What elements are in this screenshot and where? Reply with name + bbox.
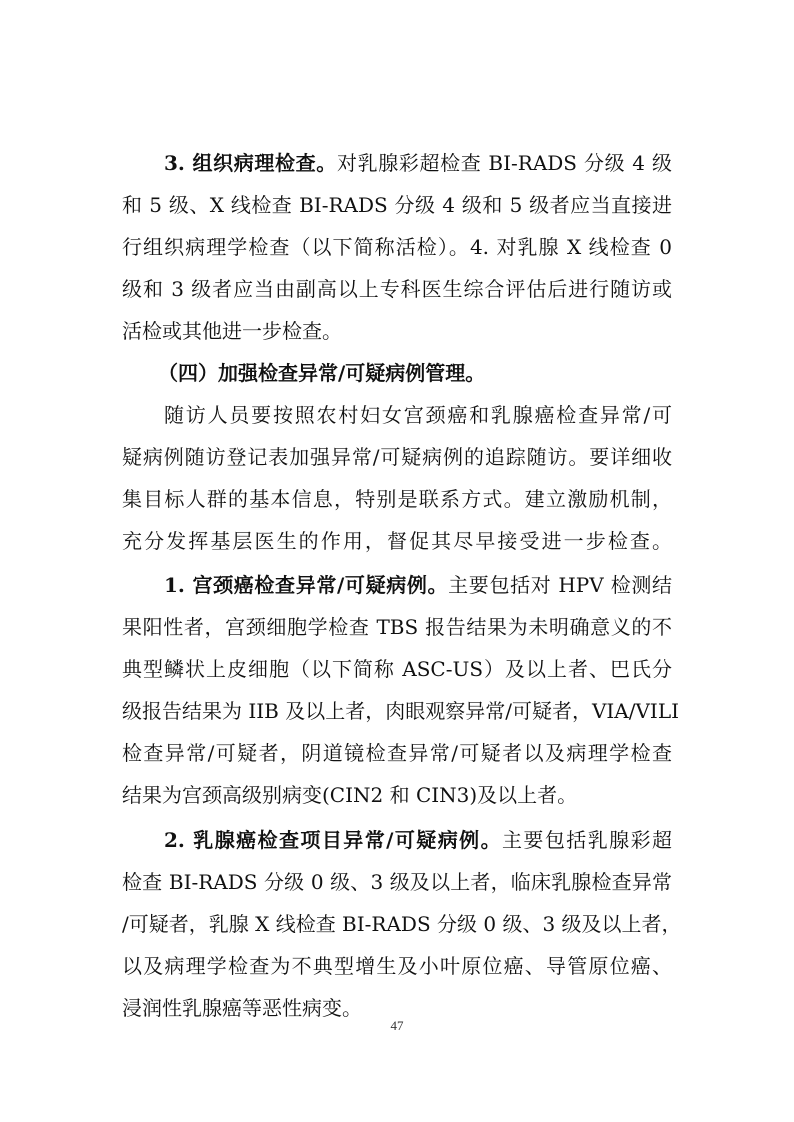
paragraph-line: /可疑者，乳腺 X 线检查 BI-RADS 分级 0 级、3 级及以上者， xyxy=(122,909,672,939)
paragraph-line: 集目标人群的基本信息，特别是联系方式。建立激励机制， xyxy=(122,484,672,514)
paragraph-line: 果阳性者，宫颈细胞学检查 TBS 报告结果为未明确意义的不 xyxy=(122,612,672,642)
paragraph-line: 充分发挥基层医生的作用，督促其尽早接受进一步检查。 xyxy=(122,526,672,556)
paragraph-line: 检查异常/可疑者，阴道镜检查异常/可疑者以及病理学检查 xyxy=(122,738,672,768)
paragraph-line: 结果为宫颈高级别病变(CIN2 和 CIN3)及以上者。 xyxy=(122,780,672,810)
paragraph-line: 级和 3 级者应当由副高以上专科医生综合评估后进行随访或 xyxy=(122,274,672,304)
paragraph-line: 2. 乳腺癌检查项目异常/可疑病例。主要包括乳腺彩超 xyxy=(164,825,672,855)
paragraph-line: 疑病例随访登记表加强异常/可疑病例的追踪随访。要详细收 xyxy=(122,442,672,472)
paragraph-line: 随访人员要按照农村妇女宫颈癌和乳腺癌检查异常/可 xyxy=(164,400,672,430)
document-page: 3. 组织病理检查。对乳腺彩超检查 BI-RADS 分级 4 级 和 5 级、X… xyxy=(0,0,794,1122)
paragraph-line: 典型鳞状上皮细胞（以下简称 ASC-US）及以上者、巴氏分 xyxy=(122,654,672,684)
paragraph-line: 1. 宫颈癌检查异常/可疑病例。主要包括对 HPV 检测结 xyxy=(164,570,672,600)
paragraph-line: 检查 BI-RADS 分级 0 级、3 级及以上者，临床乳腺检查异常 xyxy=(122,867,672,897)
paragraph-line: 行组织病理学检查（以下简称活检）。4. 对乳腺 X 线检查 0 xyxy=(122,232,672,262)
paragraph-line: 活检或其他进一步检查。 xyxy=(122,316,672,346)
bold-lead: 1. 宫颈癌检查异常/可疑病例。 xyxy=(164,573,448,597)
bold-lead: 3. 组织病理检查。 xyxy=(164,151,337,175)
paragraph-line: 和 5 级、X 线检查 BI-RADS 分级 4 级和 5 级者应当直接进 xyxy=(122,190,672,220)
paragraph-line: 以及病理学检查为不典型增生及小叶原位癌、导管原位癌、 xyxy=(122,951,672,981)
section-heading: （四）加强检查异常/可疑病例管理。 xyxy=(158,358,666,388)
paragraph-line: 级报告结果为 IIB 及以上者，肉眼观察异常/可疑者，VIA/VILI xyxy=(122,696,672,726)
bold-lead: 2. 乳腺癌检查项目异常/可疑病例。 xyxy=(164,828,502,852)
page-number: 47 xyxy=(0,1018,794,1034)
paragraph-line: 3. 组织病理检查。对乳腺彩超检查 BI-RADS 分级 4 级 xyxy=(164,148,672,178)
